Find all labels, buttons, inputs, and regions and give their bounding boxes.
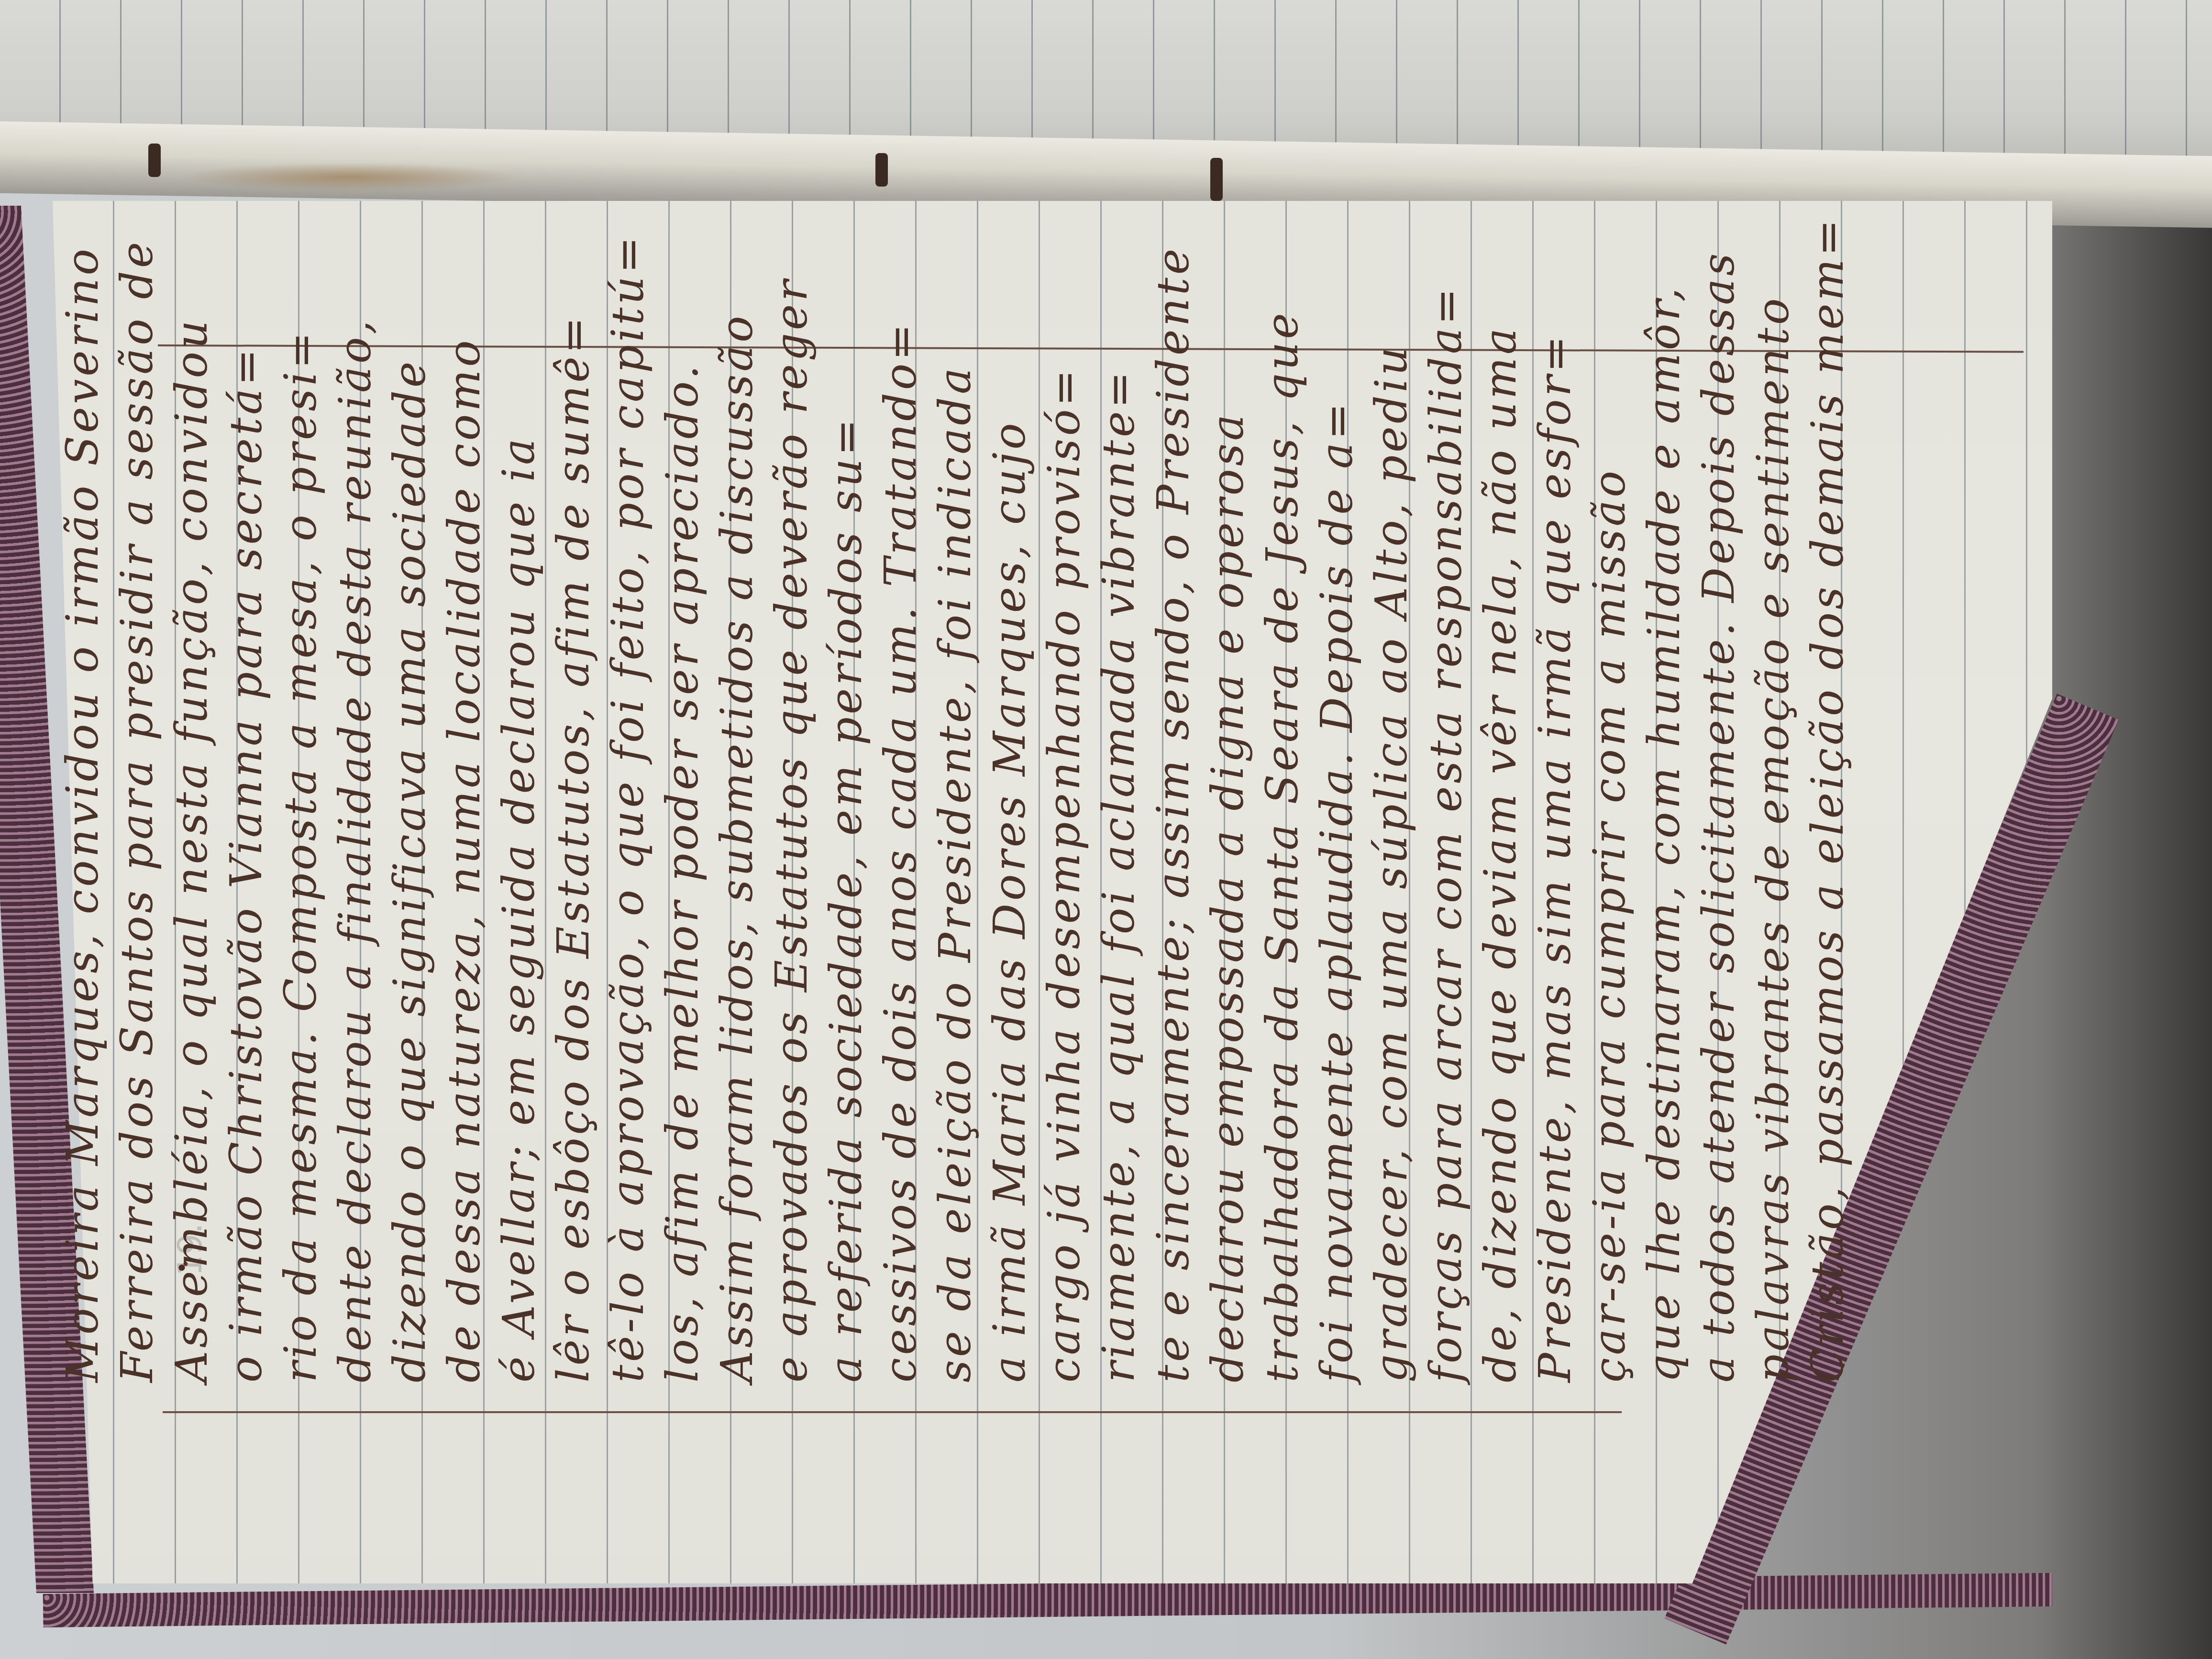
handwritten-line: dente declarou a finalidade desta reuniã… (325, 317, 386, 1382)
handwritten-line: é Avellar; em seguida declarou que ia (489, 436, 549, 1382)
handwritten-line: que lhe destinaram, com humildade e amôr… (1634, 285, 1694, 1382)
handwritten-line: palavras vibrantes de emoção e sentiment… (1743, 296, 1803, 1382)
handwritten-line: lêr o esbôço dos Estatutos, afim de sumê… (543, 314, 604, 1382)
handwritten-line: te e sinceramente; assim sendo, o Presid… (1143, 246, 1204, 1382)
handwritten-line: Cristão, passamos a eleição dos demais m… (1798, 216, 1858, 1382)
handwritten-line: tê-lo à aprovação, o que foi feito, por … (598, 233, 658, 1382)
handwritten-line: dizendo o que significava uma sociedade (380, 359, 440, 1382)
handwritten-line: Moreira Marques, convidou o irmão Severi… (53, 246, 113, 1382)
handwritten-line: Presidente, mas sim uma irmã que esfor= (1525, 333, 1585, 1382)
handwritten-line: de dessa natureza, numa localidade como (434, 337, 495, 1382)
handwritten-line: a todos atender solicitamente. Depois de… (1689, 250, 1749, 1382)
margin-line-bottom (163, 1411, 1622, 1413)
handwritten-line: de, dizendo que deviam vêr nela, não uma (1471, 325, 1531, 1382)
handwritten-line: trabalhadora da Santa Seara de Jesus, qu… (1252, 310, 1313, 1382)
handwritten-line: a referida sociedade, em períodos su= (816, 416, 876, 1382)
handwritten-line: cessivos de dois anos cada um. Tratando= (871, 321, 931, 1382)
handwritten-line: los, afim de melhor poder ser apreciado. (653, 363, 713, 1382)
handwritten-line: çar-se-ia para cumprir com a missão (1580, 468, 1640, 1382)
handwritten-line: cargo já vinha desempenhando provisó= (1034, 366, 1095, 1382)
handwritten-line: Ferreira dos Santos para presidir a sess… (107, 239, 167, 1382)
handwritten-line: rio da mesma. Composta a mesa, o presi= (271, 329, 331, 1382)
handwritten-line: se da eleição do Presidente, foi indicad… (925, 365, 985, 1382)
handwritten-line: e aprovados os Estatutos que deverão reg… (762, 277, 822, 1382)
handwritten-line: forças para arcar com esta responsabilid… (1416, 285, 1476, 1382)
handwritten-line: riamente, a qual foi aclamada vibrante= (1089, 368, 1149, 1382)
handwritten-line: Assembléia, o qual nesta função, convido… (162, 318, 222, 1382)
handwritten-text-block: Moreira Marques, convidou o irmão Severi… (53, 81, 1851, 1382)
handwritten-line: o irmão Christovão Vianna para secretá= (216, 346, 276, 1382)
handwritten-line: declarou empossada a digna e operosa (1198, 411, 1258, 1382)
handwritten-line: Assim foram lidos, submetidos a discussã… (707, 313, 767, 1382)
handwritten-line: gradecer, com uma súplica ao Alto, pediu (1361, 344, 1422, 1382)
handwritten-line: a irmã Maria das Dores Marques, cujo (980, 420, 1040, 1382)
handwritten-line: foi novamente aplaudida. Depois de a= (1307, 400, 1367, 1382)
